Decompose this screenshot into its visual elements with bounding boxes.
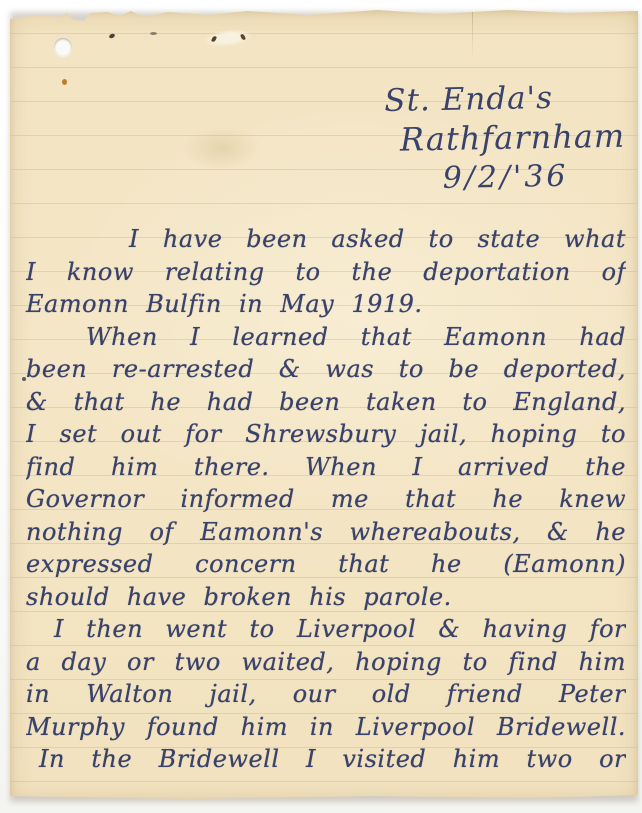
handwritten-line: I then went to Liverpool & having for [26, 613, 626, 646]
letter-header: St. Enda's Rathfarnham 9/2/'36 [9, 78, 639, 206]
header-place-line-2: Rathfarnham [400, 117, 639, 160]
handwritten-line: should have broken his parole. [26, 581, 626, 614]
rust-speck [62, 79, 67, 85]
letter-paper: St. Enda's Rathfarnham 9/2/'36 I have be… [10, 9, 638, 800]
handwritten-line: I set out for Shrewsbury jail, hoping to [26, 418, 626, 451]
handwritten-line: in Walton jail, our old friend Peter [26, 678, 626, 711]
handwritten-line: expressed concern that he (Eamonn) [26, 548, 626, 581]
ink-speck [150, 32, 157, 35]
handwritten-line: find him there. When I arrived the [26, 451, 626, 484]
handwritten-line: a day or two waited, hoping to find him [26, 646, 626, 679]
handwritten-line: & that he had been taken to England, [26, 386, 626, 419]
handwritten-line: I have been asked to state what [26, 223, 626, 256]
header-place-line-1: St. Enda's [384, 78, 638, 121]
handwritten-line: Eamonn Bulfin in May 1919. [26, 288, 626, 321]
handwritten-line: In the Bridewell I visited him two or [26, 743, 626, 776]
letter-body: I have been asked to state what I know r… [26, 223, 626, 776]
punch-hole [54, 38, 72, 56]
paper-crease [472, 9, 473, 59]
handwritten-line: Governor informed me that he knew [26, 483, 626, 516]
handwritten-line: nothing of Eamonn's whereabouts, & he al… [26, 516, 626, 549]
handwritten-line: When I learned that Eamonn had [26, 321, 626, 354]
handwritten-line: Murphy found him in Liverpool Bridewell. [26, 711, 626, 744]
handwritten-line: I know relating to the deportation of [26, 256, 626, 289]
scan-background: St. Enda's Rathfarnham 9/2/'36 I have be… [0, 0, 642, 813]
header-date: 9/2/'36 [442, 156, 639, 198]
handwritten-line: been re-arrested & was to be deported, [26, 353, 626, 386]
